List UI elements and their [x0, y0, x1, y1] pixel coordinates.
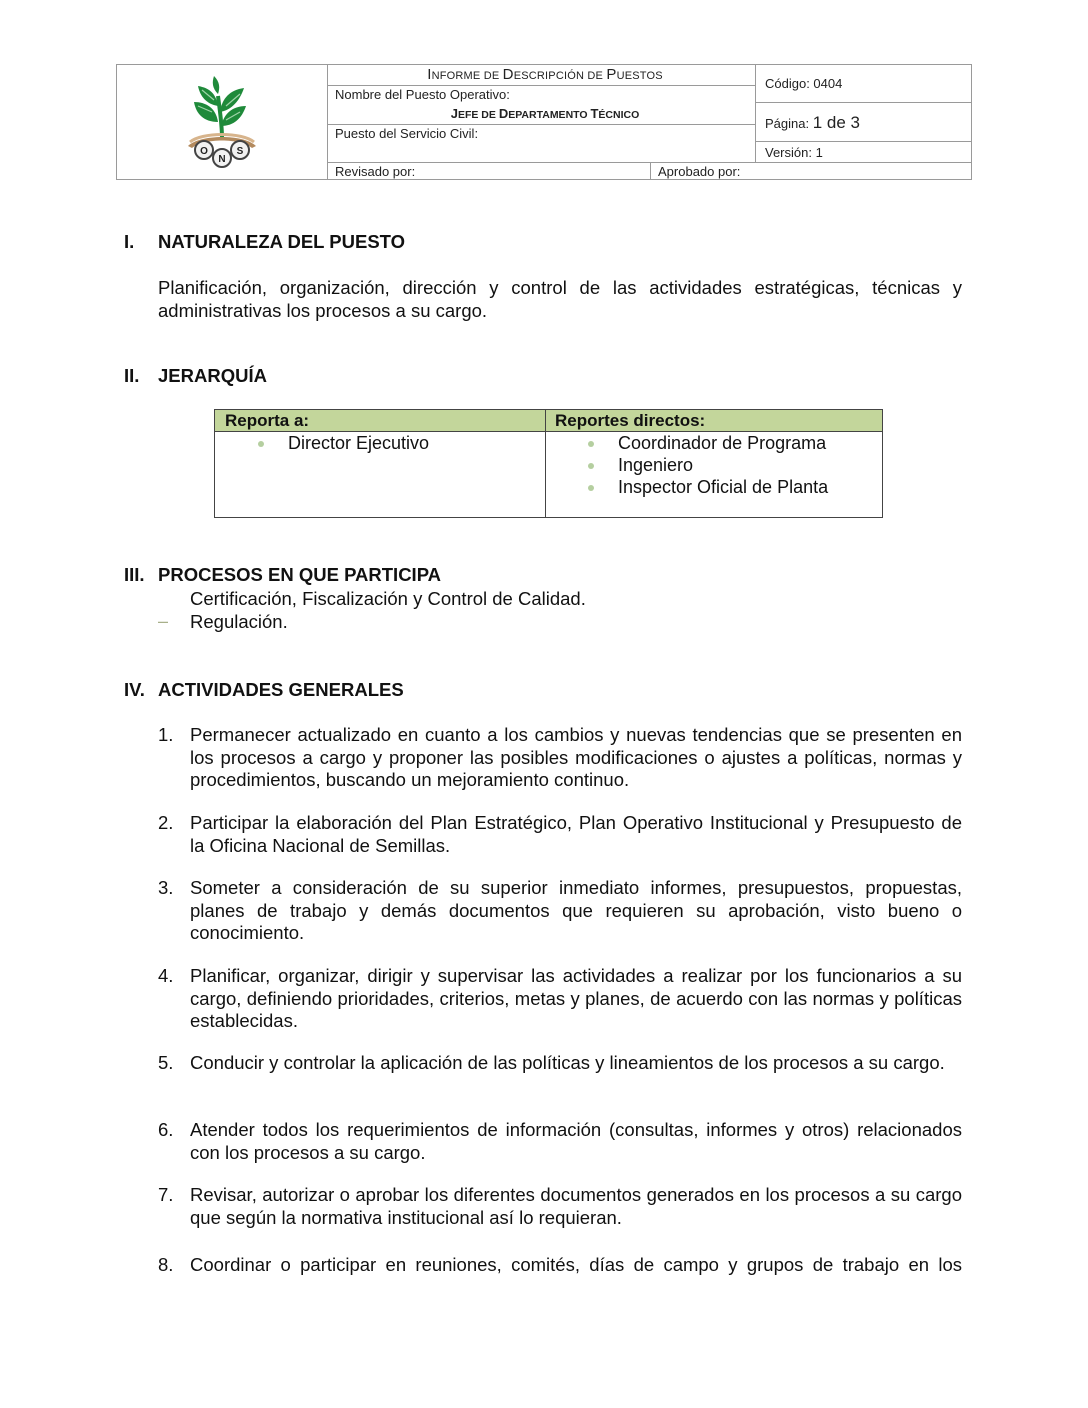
report-title: INFORME DE DESCRIPCIÓN DE PUESTOS	[335, 66, 755, 85]
reviewed-by-label: Revisado por:	[335, 164, 415, 179]
section-number: III.	[124, 564, 145, 586]
section-title: JERARQUÍA	[158, 365, 267, 387]
activity-text: Participar la elaboración del Plan Estra…	[190, 812, 962, 857]
divider	[327, 162, 971, 163]
activity-number: 2.	[158, 812, 173, 835]
activity-text: Permanecer actualizado en cuanto a los c…	[190, 724, 962, 792]
direct-report-item: Ingeniero	[618, 455, 693, 476]
activity-text: Someter a consideración de su superior i…	[190, 877, 962, 945]
dash-bullet-icon: –	[158, 611, 168, 632]
divider	[755, 65, 756, 162]
activity-item: 1. Permanecer actualizado en cuanto a lo…	[158, 724, 962, 792]
section-number: I.	[124, 231, 134, 253]
section-body-naturaleza: Planificación, organización, dirección y…	[158, 276, 962, 322]
section-title: NATURALEZA DEL PUESTO	[158, 231, 405, 253]
operative-position-label: Nombre del Puesto Operativo:	[335, 87, 510, 102]
header-reporta-a: Reporta a:	[225, 411, 309, 431]
process-item: Regulación.	[190, 611, 288, 633]
divider	[327, 85, 755, 86]
bullet-icon	[588, 441, 594, 447]
activity-number: 4.	[158, 965, 173, 988]
direct-report-item: Inspector Oficial de Planta	[618, 477, 828, 498]
reports-to-item: Director Ejecutivo	[288, 433, 429, 454]
divider	[650, 162, 651, 179]
activity-text: Revisar, autorizar o aprobar los diferen…	[190, 1184, 962, 1229]
activity-number: 7.	[158, 1184, 173, 1207]
process-item: Certificación, Fiscalización y Control d…	[190, 588, 586, 610]
activity-item: 6. Atender todos los requerimientos de i…	[158, 1119, 962, 1164]
page-label: Página:	[765, 116, 809, 131]
svg-text:O: O	[200, 146, 208, 157]
activity-text: Coordinar o participar en reuniones, com…	[190, 1254, 962, 1277]
direct-report-item: Coordinador de Programa	[618, 433, 826, 454]
svg-text:N: N	[218, 154, 225, 165]
bullet-icon	[588, 485, 594, 491]
civil-service-position-label: Puesto del Servicio Civil:	[335, 126, 478, 141]
header-reportes-directos: Reportes directos:	[555, 411, 705, 431]
activity-number: 5.	[158, 1052, 173, 1075]
page-value: 1 de 3	[813, 113, 860, 132]
section-title: PROCESOS EN QUE PARTICIPA	[158, 564, 441, 586]
document-header-table: O N S INFORME DE DESCRIPCIÓN DE PUESTOS …	[116, 64, 972, 180]
logo-cell: O N S	[117, 65, 327, 179]
section-number: II.	[124, 365, 139, 387]
ons-plant-logo-icon: O N S	[182, 76, 262, 168]
divider	[755, 102, 971, 103]
activity-text: Planificar, organizar, dirigir y supervi…	[190, 965, 962, 1033]
activity-item: 3. Someter a consideración de su superio…	[158, 877, 962, 945]
divider	[545, 410, 546, 517]
activity-text: Conducir y controlar la aplicación de la…	[190, 1052, 962, 1075]
bullet-icon	[258, 441, 264, 447]
activity-number: 1.	[158, 724, 173, 747]
activity-item: 2. Participar la elaboración del Plan Es…	[158, 812, 962, 857]
activity-item: 4. Planificar, organizar, dirigir y supe…	[158, 965, 962, 1033]
approved-by-label: Aprobado por:	[658, 164, 740, 179]
page-number: Página: 1 de 3	[765, 113, 860, 133]
section-title: ACTIVIDADES GENERALES	[158, 679, 404, 701]
section-number: IV.	[124, 679, 145, 701]
activity-text: Atender todos los requerimientos de info…	[190, 1119, 962, 1164]
operative-position-value: JEFE DE DEPARTAMENTO TÉCNICO	[335, 106, 755, 124]
document-version: Versión: 1	[765, 145, 823, 160]
activity-item: 5. Conducir y controlar la aplicación de…	[158, 1052, 962, 1075]
activity-item: 8. Coordinar o participar en reuniones, …	[158, 1254, 962, 1277]
svg-text:S: S	[237, 146, 244, 157]
activity-number: 6.	[158, 1119, 173, 1142]
divider	[755, 141, 971, 142]
activity-number: 3.	[158, 877, 173, 900]
activity-item: 7. Revisar, autorizar o aprobar los dife…	[158, 1184, 962, 1229]
divider	[327, 124, 755, 125]
hierarchy-table: Reporta a: Reportes directos: Director E…	[214, 409, 883, 518]
activity-number: 8.	[158, 1254, 173, 1277]
hierarchy-table-header-row	[215, 410, 882, 432]
document-code: Código: 0404	[765, 76, 842, 91]
bullet-icon	[588, 463, 594, 469]
